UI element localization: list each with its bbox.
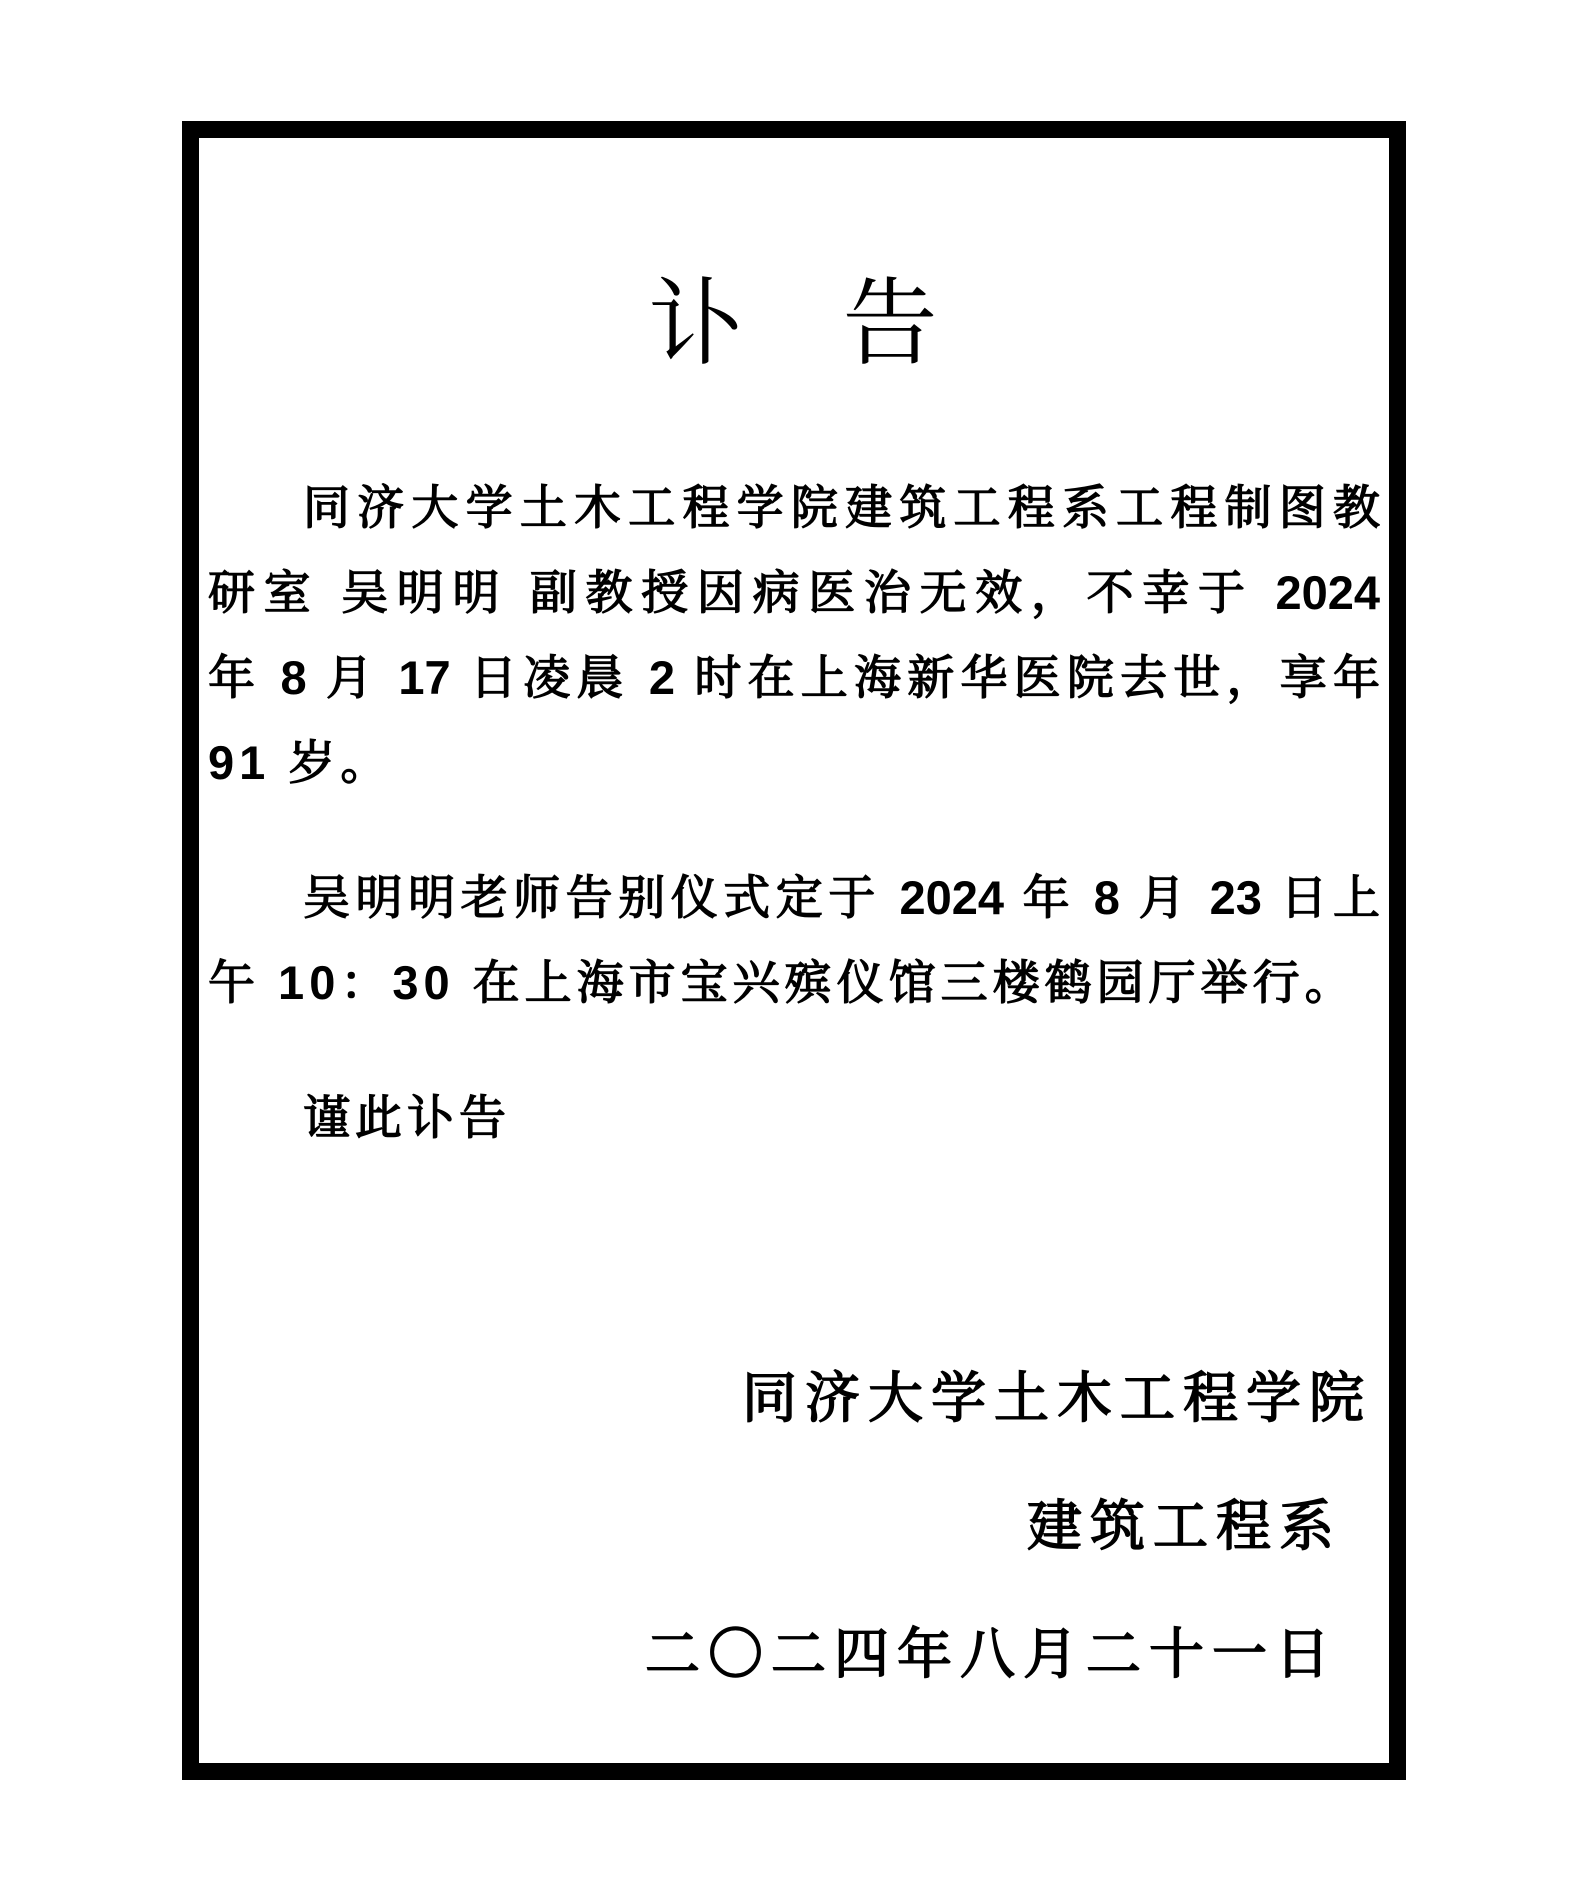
signature-date: 二〇二四年八月二十一日 xyxy=(208,1590,1380,1718)
paragraph-death-announcement: 同济大学土木工程学院建筑工程系工程制图教 研室 吴明明 副教授因病医治无效，不幸… xyxy=(208,465,1380,805)
paragraph-farewell-ceremony: 吴明明老师告别仪式定于 2024 年 8 月 23 日上 午 10：30 在上海… xyxy=(208,855,1380,1025)
closing-line: 谨此讣告 xyxy=(208,1075,1380,1160)
body-line: 年 8 月 17 日凌晨 2 时在上海新华医院去世，享年 xyxy=(208,635,1380,720)
notice-body: 同济大学土木工程学院建筑工程系工程制图教 研室 吴明明 副教授因病医治无效，不幸… xyxy=(208,465,1380,1160)
body-line: 91 岁。 xyxy=(208,720,1380,805)
body-line: 研室 吴明明 副教授因病医治无效，不幸于 2024 xyxy=(208,550,1380,635)
signature-block: 同济大学土木工程学院 建筑工程系 二〇二四年八月二十一日 xyxy=(208,1334,1380,1718)
signature-organization: 同济大学土木工程学院 xyxy=(208,1334,1380,1462)
body-line: 吴明明老师告别仪式定于 2024 年 8 月 23 日上 xyxy=(208,855,1380,940)
body-line: 午 10：30 在上海市宝兴殡仪馆三楼鹤园厅举行。 xyxy=(208,940,1380,1025)
obituary-notice-frame: 讣 告 同济大学土木工程学院建筑工程系工程制图教 研室 吴明明 副教授因病医治无… xyxy=(182,121,1406,1780)
signature-department: 建筑工程系 xyxy=(208,1462,1380,1590)
notice-title: 讣 告 xyxy=(208,268,1380,380)
paragraph-closing: 谨此讣告 xyxy=(208,1075,1380,1160)
body-line: 同济大学土木工程学院建筑工程系工程制图教 xyxy=(208,465,1380,550)
